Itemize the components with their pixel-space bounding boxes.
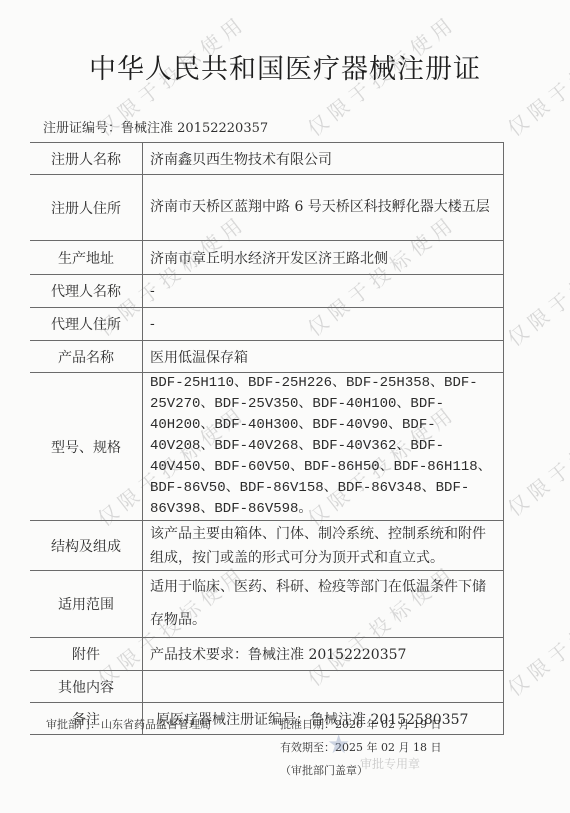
registration-number-label: 注册证编号： (43, 121, 121, 136)
watermark: 仅限于投标使用 (500, 217, 570, 352)
field-label: 型号、规格 (30, 373, 143, 521)
watermark: 仅限于投标使用 (500, 387, 570, 522)
watermark: 仅限于投标使用 (500, 567, 570, 702)
table-row: 代理人名称 - (30, 275, 504, 308)
table-row: 附件 产品技术要求：鲁械注准 20152220357 (30, 638, 504, 671)
field-value: 医用低温保存箱 (143, 341, 504, 373)
seal-text: 审批专用章 (360, 755, 420, 772)
registration-number-value: 鲁械注准 20152220357 (121, 121, 268, 136)
certificate-table: 注册人名称 济南鑫贝西生物技术有限公司 注册人住所 济南市天桥区蓝翔中路 6 号… (30, 142, 504, 735)
field-value: 济南市章丘明水经济开发区济王路北侧 (143, 241, 504, 275)
table-row: 生产地址 济南市章丘明水经济开发区济王路北侧 (30, 241, 504, 275)
field-value: 适用于临床、医药、科研、检疫等部门在低温条件下储存物品。 (143, 571, 504, 638)
field-value: 产品技术要求：鲁械注准 20152220357 (143, 638, 504, 671)
table-row: 代理人住所 - (30, 308, 504, 341)
field-label: 注册人住所 (30, 175, 143, 241)
table-row: 注册人名称 济南鑫贝西生物技术有限公司 (30, 143, 504, 175)
field-value: BDF-25H110、BDF-25H226、BDF-25H358、BDF-25V… (143, 373, 504, 521)
table-row: 其他内容 (30, 671, 504, 703)
field-value: - (143, 308, 504, 341)
field-value: 济南市天桥区蓝翔中路 6 号天桥区科技孵化器大楼五层 (143, 175, 504, 241)
field-value: 济南鑫贝西生物技术有限公司 (143, 143, 504, 175)
table-row: 结构及组成 该产品主要由箱体、门体、制冷系统、控制系统和附件组成，按门或盖的形式… (30, 521, 504, 571)
valid-until: 有效期至：2025 年 02 月 18 日 (280, 739, 441, 755)
table-row: 注册人住所 济南市天桥区蓝翔中路 6 号天桥区科技孵化器大楼五层 (30, 175, 504, 241)
table-row: 产品名称 医用低温保存箱 (30, 341, 504, 373)
field-label: 注册人名称 (30, 143, 143, 175)
field-value: - (143, 275, 504, 308)
approval-date: 批准日期：2020 年 02 月 19 日 (280, 716, 441, 732)
field-value (143, 671, 504, 703)
field-label: 其他内容 (30, 671, 143, 703)
document-title: 中华人民共和国医疗器械注册证 (0, 47, 570, 86)
field-label: 生产地址 (30, 241, 143, 275)
seal-note: （审批部门盖章） (280, 762, 368, 778)
table-row: 型号、规格 BDF-25H110、BDF-25H226、BDF-25H358、B… (30, 373, 504, 521)
approval-department: 审批部门：山东省药品监督管理局 (46, 716, 211, 732)
field-label: 结构及组成 (30, 521, 143, 571)
seal-star-icon: ★ (327, 730, 350, 760)
field-value: 该产品主要由箱体、门体、制冷系统、控制系统和附件组成，按门或盖的形式可分为顶开式… (143, 521, 504, 571)
field-label: 附件 (30, 638, 143, 671)
field-label: 产品名称 (30, 341, 143, 373)
registration-number: 注册证编号：鲁械注准 20152220357 (43, 117, 268, 136)
table-row: 适用范围 适用于临床、医药、科研、检疫等部门在低温条件下储存物品。 (30, 571, 504, 638)
field-label: 适用范围 (30, 571, 143, 638)
field-label: 代理人名称 (30, 275, 143, 308)
field-label: 代理人住所 (30, 308, 143, 341)
